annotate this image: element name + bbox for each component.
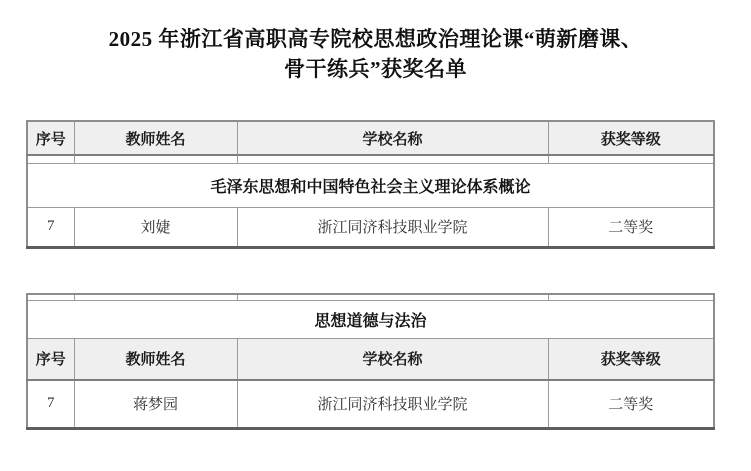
- cell-school-name: 浙江同济科技职业学院: [237, 207, 548, 247]
- spacer-row: [27, 155, 714, 163]
- cell-school-name: 浙江同济科技职业学院: [237, 380, 548, 428]
- course-section-title: 思想道德与法治: [27, 300, 714, 338]
- document-title: 2025 年浙江省高职高专院校思想政治理论课“萌新磨课、 骨干练兵”获奖名单: [0, 24, 751, 84]
- cell-teacher-name: 刘婕: [74, 207, 237, 247]
- col-header-serial: 序号: [27, 338, 74, 380]
- cell-award-level: 二等奖: [548, 380, 714, 428]
- col-header-award-level: 获奖等级: [548, 338, 714, 380]
- col-header-teacher-name: 教师姓名: [74, 121, 237, 155]
- col-header-award-level: 获奖等级: [548, 121, 714, 155]
- course-section-row: 思想道德与法治: [27, 300, 714, 338]
- course-section-row: 毛泽东思想和中国特色社会主义理论体系概论: [27, 163, 714, 207]
- course-section-title: 毛泽东思想和中国特色社会主义理论体系概论: [27, 163, 714, 207]
- col-header-school-name: 学校名称: [237, 121, 548, 155]
- table-row: 7 刘婕 浙江同济科技职业学院 二等奖: [27, 207, 714, 247]
- document-title-line2: 骨干练兵”获奖名单: [0, 54, 751, 84]
- col-header-serial: 序号: [27, 121, 74, 155]
- cell-serial: 7: [27, 207, 74, 247]
- cell-teacher-name: 蒋梦园: [74, 380, 237, 428]
- table-header-row: 序号 教师姓名 学校名称 获奖等级: [27, 121, 714, 155]
- table-header-row: 序号 教师姓名 学校名称 获奖等级: [27, 338, 714, 380]
- table-row: 7 蒋梦园 浙江同济科技职业学院 二等奖: [27, 380, 714, 428]
- cell-serial: 7: [27, 380, 74, 428]
- col-header-school-name: 学校名称: [237, 338, 548, 380]
- document-title-line1: 2025 年浙江省高职高专院校思想政治理论课“萌新磨课、: [0, 24, 751, 54]
- award-table-sixiang-daode: 思想道德与法治 序号 教师姓名 学校名称 获奖等级 7 蒋梦园 浙江同济科技职业…: [26, 293, 715, 430]
- cell-award-level: 二等奖: [548, 207, 714, 247]
- col-header-teacher-name: 教师姓名: [74, 338, 237, 380]
- award-table-maozedong-sixiang: 序号 教师姓名 学校名称 获奖等级 毛泽东思想和中国特色社会主义理论体系概论 7…: [26, 120, 715, 249]
